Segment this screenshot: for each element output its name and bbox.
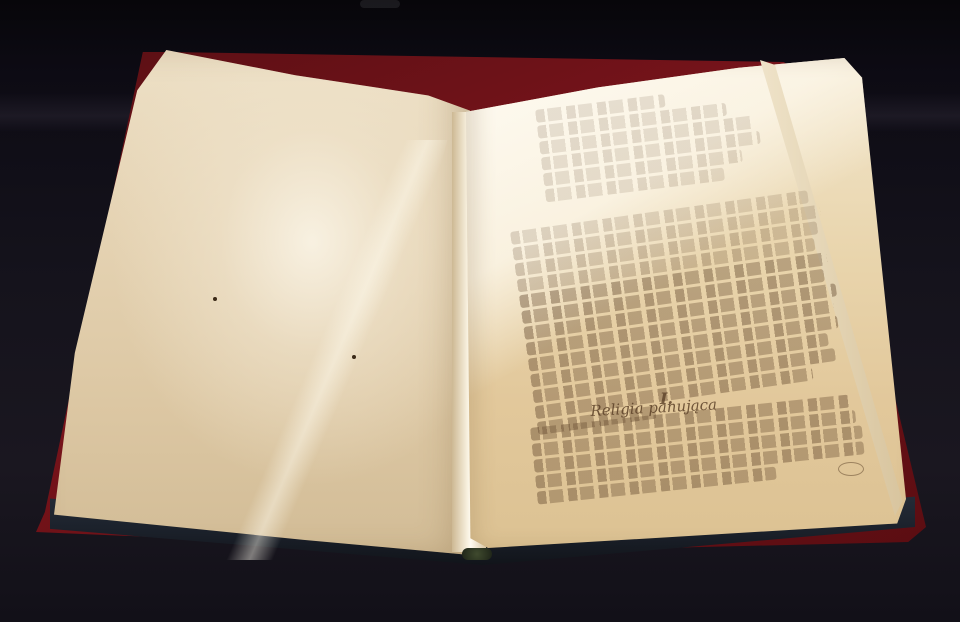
photo-scene: I. Religia panująca xyxy=(0,0,960,622)
spine-bottom xyxy=(462,548,492,560)
ink-blot xyxy=(352,355,356,359)
ink-blot xyxy=(213,297,217,301)
light-glare xyxy=(360,0,400,8)
library-stamp xyxy=(838,462,864,476)
